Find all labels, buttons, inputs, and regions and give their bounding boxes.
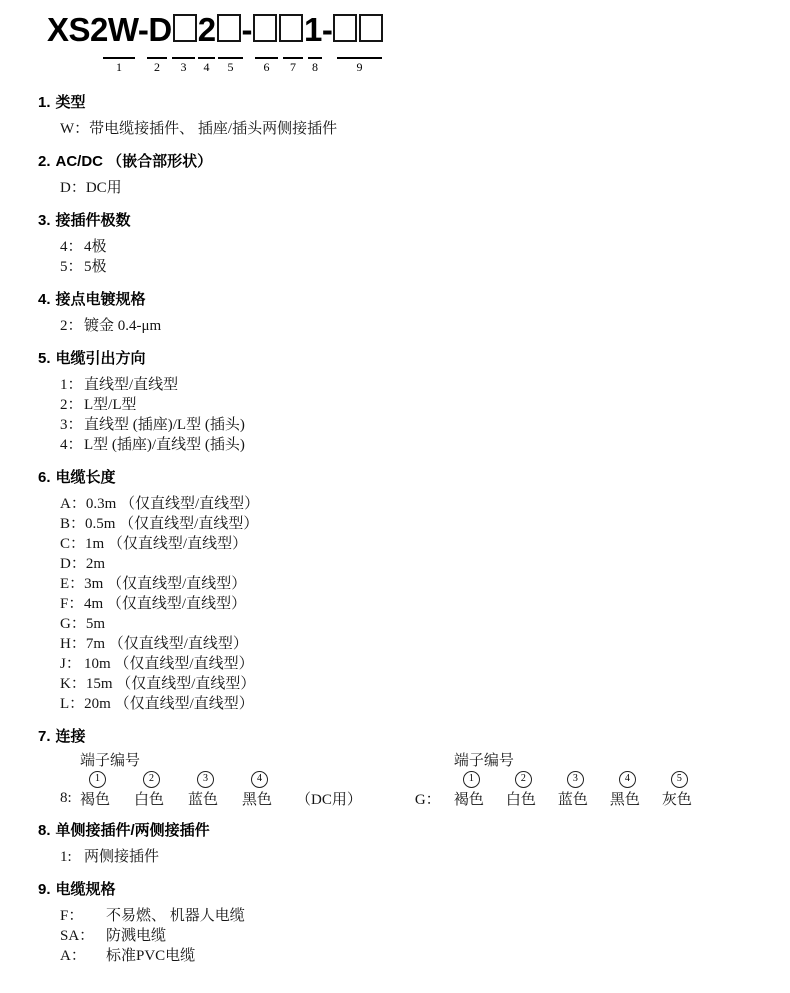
terminal-number-header: 端子编号 <box>80 753 362 770</box>
position-marker: 5 <box>218 57 243 74</box>
position-marker: 2 <box>147 57 167 74</box>
spec-code: L： <box>60 694 84 714</box>
section-title: 电缆长度 <box>56 469 116 486</box>
section-title: 连接 <box>56 728 86 745</box>
spec-desc: 直线型/直线型 <box>84 377 178 393</box>
position-number: 6 <box>264 60 270 74</box>
section-number: 6. <box>38 469 51 486</box>
spec-item: 5：5极 <box>60 257 772 277</box>
section-4: 4.接点电镀规格2：镀金 0.4-μm <box>38 291 772 336</box>
spec-item: W：带电缆接插件、 插座/插头两侧接插件 <box>60 119 772 139</box>
spec-item: E：3m （仅直线型/直线型） <box>60 574 772 594</box>
terminal-circle-row: 1234 <box>60 770 362 788</box>
section-items: 4：4极5：5极 <box>38 237 772 277</box>
section-header: 9.电缆规格 <box>38 881 772 899</box>
position-number: 5 <box>228 60 234 74</box>
spec-code: F： <box>60 906 106 926</box>
spec-item: B：0.5m （仅直线型/直线型） <box>60 514 772 534</box>
section-2: 2.AC/DC （嵌合部形状）D：DC用 <box>38 153 772 198</box>
section-number: 9. <box>38 881 51 898</box>
position-marker: 8 <box>308 57 322 74</box>
section-number: 3. <box>38 212 51 229</box>
spec-code: 4： <box>60 435 84 455</box>
connection-groups: 端子编号12348:褐色白色蓝色黑色（DC用）端子编号12345G：褐色白色蓝色… <box>38 753 772 808</box>
model-blank-box <box>279 14 303 42</box>
section-3: 3.接插件极数4：4极5：5极 <box>38 212 772 277</box>
model-text-segment: XS2W-D <box>47 11 172 48</box>
wire-color: 白色 <box>134 788 188 809</box>
spec-code: W： <box>60 119 89 139</box>
spec-item: F：4m （仅直线型/直线型） <box>60 594 772 614</box>
spec-desc: DC用 <box>86 180 122 196</box>
terminal-number-circle: 4 <box>619 771 636 788</box>
section-items: A：0.3m （仅直线型/直线型）B：0.5m （仅直线型/直线型）C：1m （… <box>38 494 772 714</box>
wire-color: 白色 <box>506 788 558 809</box>
terminal-cell: 3 <box>188 771 242 788</box>
section-header: 5.电缆引出方向 <box>38 350 772 368</box>
spec-item: J：10m （仅直线型/直线型） <box>60 654 772 674</box>
position-number: 2 <box>154 60 160 74</box>
position-number: 1 <box>116 60 122 74</box>
spec-code: 4： <box>60 237 84 257</box>
model-blank-box <box>253 14 277 42</box>
section-number: 7. <box>38 728 51 745</box>
spec-desc: 5极 <box>84 259 107 275</box>
section-title: AC/DC （嵌合部形状） <box>56 153 213 170</box>
section-number: 8. <box>38 822 51 839</box>
section-header: 4.接点电镀规格 <box>38 291 772 309</box>
spec-desc: L型/L型 <box>84 397 137 413</box>
spec-item: SA：防溅电缆 <box>60 926 772 946</box>
spec-desc: 1m （仅直线型/直线型） <box>85 536 247 552</box>
position-marker: 6 <box>255 57 278 74</box>
spec-code: A： <box>60 494 86 514</box>
section-items: 1:两侧接插件 <box>38 847 772 867</box>
section-7: 7.连接端子编号12348:褐色白色蓝色黑色（DC用）端子编号12345G：褐色… <box>38 728 772 808</box>
terminal-number-circle: 1 <box>89 771 106 788</box>
section-5: 5.电缆引出方向1：直线型/直线型2：L型/L型3：直线型 (插座)/L型 (插… <box>38 350 772 455</box>
section-header: 8.单侧接插件/两侧接插件 <box>38 822 772 840</box>
spec-desc: 标准PVC电缆 <box>106 948 195 964</box>
section-items: D：DC用 <box>38 178 772 198</box>
spec-code: K： <box>60 674 86 694</box>
spec-desc: L型 (插座)/直线型 (插头) <box>84 437 245 453</box>
model-blank-box <box>333 14 357 42</box>
spec-item: C：1m （仅直线型/直线型） <box>60 534 772 554</box>
section-title: 接点电镀规格 <box>56 291 146 308</box>
terminal-number-header: 端子编号 <box>454 753 714 770</box>
position-marker: 1 <box>103 57 135 74</box>
wire-color: 褐色 <box>80 788 134 809</box>
section-1: 1.类型W：带电缆接插件、 插座/插头两侧接插件 <box>38 94 772 139</box>
spec-desc: 不易燃、 机器人电缆 <box>106 908 245 924</box>
spec-item: L：20m （仅直线型/直线型） <box>60 694 772 714</box>
model-blank-box <box>217 14 241 42</box>
section-list: 1.类型W：带电缆接插件、 插座/插头两侧接插件2.AC/DC （嵌合部形状）D… <box>38 94 772 966</box>
connection-group-2: 端子编号12345G：褐色白色蓝色黑色灰色 <box>415 753 714 808</box>
spec-code: G： <box>60 614 86 634</box>
spec-code: F： <box>60 594 84 614</box>
terminal-number-circle: 1 <box>463 771 480 788</box>
section-items: F：不易燃、 机器人电缆SA：防溅电缆A：标准PVC电缆 <box>38 906 772 966</box>
spec-item: 2：L型/L型 <box>60 395 772 415</box>
spec-desc: 4m （仅直线型/直线型） <box>84 596 246 612</box>
spec-code: SA： <box>60 926 106 946</box>
spec-desc: 0.3m （仅直线型/直线型） <box>86 496 259 512</box>
spec-item: D：2m <box>60 554 772 574</box>
position-number: 9 <box>357 60 363 74</box>
spec-code: A： <box>60 946 106 966</box>
digit-position-ruler: 123456789 <box>38 52 772 80</box>
terminal-number-circle: 3 <box>567 771 584 788</box>
terminal-cell: 1 <box>80 771 134 788</box>
terminal-cell: 2 <box>506 771 558 788</box>
spec-desc: 0.5m （仅直线型/直线型） <box>85 516 258 532</box>
section-9: 9.电缆规格F：不易燃、 机器人电缆SA：防溅电缆A：标准PVC电缆 <box>38 881 772 966</box>
spec-desc: 2m <box>86 556 105 572</box>
spec-code: 2： <box>60 395 84 415</box>
spec-item: 3：直线型 (插座)/L型 (插头) <box>60 415 772 435</box>
terminal-cell: 4 <box>610 771 662 788</box>
model-blank-box <box>359 14 383 42</box>
section-title: 类型 <box>56 94 86 111</box>
section-items: W：带电缆接插件、 插座/插头两侧接插件 <box>38 119 772 139</box>
spec-code: J： <box>60 654 84 674</box>
section-title: 接插件极数 <box>56 212 131 229</box>
spec-code: B： <box>60 514 85 534</box>
spec-code: C： <box>60 534 85 554</box>
position-number: 7 <box>290 60 296 74</box>
section-number: 5. <box>38 350 51 367</box>
section-title: 单侧接插件/两侧接插件 <box>56 822 210 839</box>
spec-item: D：DC用 <box>60 178 772 198</box>
spec-item: G：5m <box>60 614 772 634</box>
section-items: 1：直线型/直线型2：L型/L型3：直线型 (插座)/L型 (插头)4：L型 (… <box>38 375 772 455</box>
terminal-number-circle: 4 <box>251 771 268 788</box>
position-marker: 9 <box>337 57 382 74</box>
spec-desc: 3m （仅直线型/直线型） <box>84 576 246 592</box>
wire-color: 褐色 <box>454 788 506 809</box>
section-header: 3.接插件极数 <box>38 212 772 230</box>
model-text-segment: - <box>322 11 333 48</box>
spec-code: 8: <box>60 790 80 807</box>
position-marker: 3 <box>172 57 195 74</box>
terminal-cell: 3 <box>558 771 610 788</box>
section-header: 1.类型 <box>38 94 772 112</box>
spec-code: 1: <box>60 847 84 867</box>
wire-color: 蓝色 <box>558 788 610 809</box>
model-number-header: XS2W-D2-1- 123456789 <box>38 8 772 80</box>
position-marker: 7 <box>283 57 303 74</box>
section-header: 2.AC/DC （嵌合部形状） <box>38 153 772 171</box>
section-header: 7.连接 <box>38 728 772 746</box>
spec-desc: 两侧接插件 <box>84 849 159 865</box>
section-number: 2. <box>38 153 51 170</box>
spec-item: 4：L型 (插座)/直线型 (插头) <box>60 435 772 455</box>
terminal-cell: 1 <box>454 771 506 788</box>
spec-item: F：不易燃、 机器人电缆 <box>60 906 772 926</box>
model-text-segment: - <box>242 11 253 48</box>
wire-color: 灰色 <box>662 788 714 809</box>
terminal-number-circle: 5 <box>671 771 688 788</box>
spec-code: 2： <box>60 316 84 336</box>
spec-code: 1： <box>60 375 84 395</box>
wire-color: 黑色 <box>610 788 662 809</box>
spec-code: G： <box>415 788 454 809</box>
spec-desc: 20m （仅直线型/直线型） <box>84 696 254 712</box>
terminal-cell: 4 <box>242 771 296 788</box>
wire-color-row: G：褐色白色蓝色黑色灰色 <box>415 788 714 808</box>
spec-code: H： <box>60 634 86 654</box>
section-6: 6.电缆长度A：0.3m （仅直线型/直线型）B：0.5m （仅直线型/直线型）… <box>38 469 772 714</box>
terminal-circle-row: 12345 <box>415 770 714 788</box>
position-number: 4 <box>204 60 210 74</box>
section-items: 2：镀金 0.4-μm <box>38 316 772 336</box>
spec-desc: 7m （仅直线型/直线型） <box>86 636 248 652</box>
spec-desc: 10m （仅直线型/直线型） <box>84 656 254 672</box>
wire-color: 黑色 <box>242 788 296 809</box>
dc-use-note: （DC用） <box>296 788 362 809</box>
spec-item: A：0.3m （仅直线型/直线型） <box>60 494 772 514</box>
catalog-page: XS2W-D2-1- 123456789 1.类型W：带电缆接插件、 插座/插头… <box>0 0 790 993</box>
spec-desc: 5m <box>86 616 105 632</box>
spec-code: D： <box>60 178 86 198</box>
terminal-number-circle: 2 <box>515 771 532 788</box>
spec-item: K：15m （仅直线型/直线型） <box>60 674 772 694</box>
position-number: 8 <box>312 60 318 74</box>
position-marker: 4 <box>198 57 215 74</box>
spec-item: H：7m （仅直线型/直线型） <box>60 634 772 654</box>
terminal-cell: 2 <box>134 771 188 788</box>
section-number: 4. <box>38 291 51 308</box>
connection-group-1: 端子编号12348:褐色白色蓝色黑色（DC用） <box>60 753 362 808</box>
section-number: 1. <box>38 94 51 111</box>
spec-code: D： <box>60 554 86 574</box>
position-number: 3 <box>181 60 187 74</box>
section-8: 8.单侧接插件/两侧接插件1:两侧接插件 <box>38 822 772 867</box>
model-text-segment: 2 <box>198 11 216 48</box>
wire-color: 蓝色 <box>188 788 242 809</box>
section-title: 电缆规格 <box>56 881 116 898</box>
spec-item: 4：4极 <box>60 237 772 257</box>
spec-code: 3： <box>60 415 84 435</box>
model-blank-box <box>173 14 197 42</box>
spec-item: 2：镀金 0.4-μm <box>60 316 772 336</box>
spec-code: E： <box>60 574 84 594</box>
terminal-number-circle: 2 <box>143 771 160 788</box>
spec-desc: 防溅电缆 <box>106 928 166 944</box>
spec-code: 5： <box>60 257 84 277</box>
spec-item: 1：直线型/直线型 <box>60 375 772 395</box>
spec-desc: 镀金 0.4-μm <box>84 318 161 334</box>
spec-desc: 4极 <box>84 239 107 255</box>
section-header: 6.电缆长度 <box>38 469 772 487</box>
model-text-segment: 1 <box>304 11 322 48</box>
spec-item: 1:两侧接插件 <box>60 847 772 867</box>
terminal-number-circle: 3 <box>197 771 214 788</box>
spec-desc: 直线型 (插座)/L型 (插头) <box>84 417 245 433</box>
section-title: 电缆引出方向 <box>56 350 146 367</box>
spec-desc: 带电缆接插件、 插座/插头两侧接插件 <box>89 121 337 137</box>
model-number: XS2W-D2-1- <box>38 8 772 52</box>
spec-item: A：标准PVC电缆 <box>60 946 772 966</box>
wire-color-row: 8:褐色白色蓝色黑色（DC用） <box>60 788 362 808</box>
terminal-cell: 5 <box>662 771 714 788</box>
spec-desc: 15m （仅直线型/直线型） <box>86 676 256 692</box>
